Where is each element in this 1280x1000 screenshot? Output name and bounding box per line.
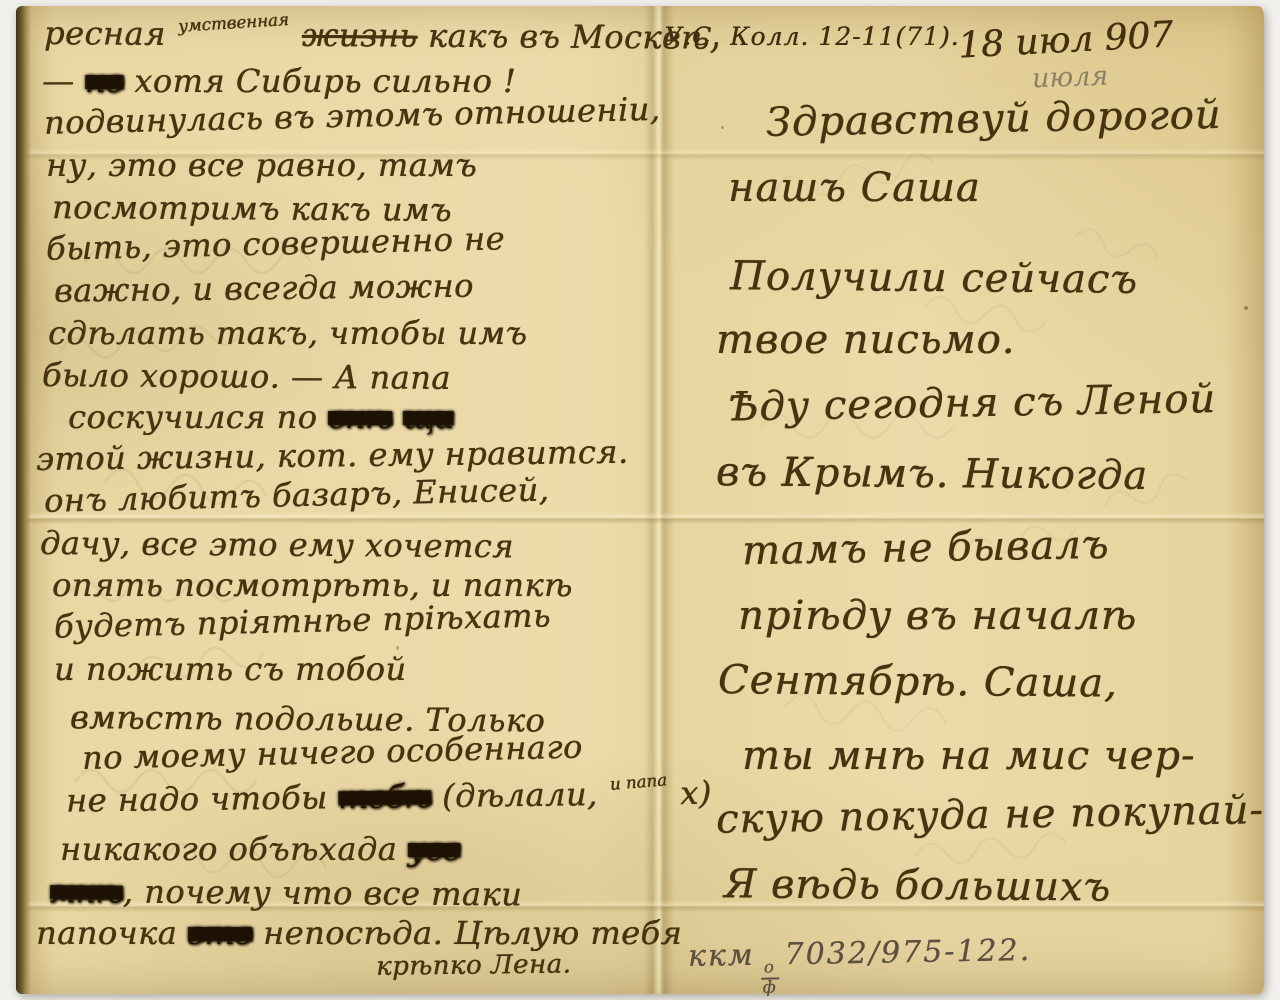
handwriting-line: крѣпко Лена. — [36, 947, 640, 988]
handwriting-line: ну, это все равно, тамъ — [36, 144, 640, 186]
struck-word: мнѣ — [50, 872, 123, 911]
word: нашъ Саша — [728, 165, 981, 211]
word: было хорошо. — А папа — [42, 356, 451, 397]
word: въ Крымъ. Никогда — [716, 449, 1148, 499]
handwriting-line: Получили сейчасъ — [700, 244, 1267, 313]
handwriting-line: не надо чтобы тебѣ (дѣлали, и папа х) — [36, 773, 641, 828]
word: Ѣду сегодня съ Леной — [728, 376, 1217, 431]
word: ресная — [44, 14, 177, 53]
word: тамъ не бывалъ — [742, 522, 1110, 574]
word: не надо чтобы — [66, 778, 339, 819]
archive-digits: 7032/975-122. — [784, 933, 1031, 972]
inserted-word: и папа — [609, 759, 669, 806]
handwriting-line: ресная умственная жизнь какъ въ Москвѣ, — [36, 12, 640, 64]
struck-word: но — [85, 62, 123, 100]
word: скую покуда не покупай- — [716, 787, 1265, 843]
handwriting-line: твое письмо. — [700, 308, 1266, 372]
word: быть, это совершенно не — [46, 219, 506, 267]
archive-number: ккмоф7032/975-122. — [688, 933, 1032, 997]
word: онъ любитъ базаръ, Енисей, — [44, 470, 550, 519]
inserted-word: умственная — [177, 0, 290, 48]
right-page-handwriting: Здравствуй дорогойнашъ СашаПолучили сейч… — [700, 92, 1266, 916]
struck-word: снѣ — [328, 398, 392, 436]
word: какъ въ Москвѣ, — [417, 17, 720, 57]
word: , почему что все таки — [123, 873, 523, 914]
struck-word: жизнь — [302, 16, 418, 55]
handwriting-line: сдѣлать такъ, чтобы имъ — [36, 312, 640, 354]
word — [392, 398, 403, 436]
word: сдѣлать такъ, чтобы имъ — [48, 314, 527, 352]
handwriting-line: нашъ Саша — [700, 156, 1266, 220]
letter-scan-paper: У.С. Колл. 12-11(71). 18 июл 907 июля ре… — [16, 6, 1264, 994]
word: папочка — [36, 914, 188, 952]
handwriting-line: никакого объѣхада усе — [36, 828, 640, 870]
handwriting-line: пріѣду въ началѣ — [700, 584, 1266, 648]
struck-word: усе — [408, 830, 460, 868]
word: и пожить съ тобой — [54, 650, 407, 688]
handwriting-line: Я вѣдь большихъ — [700, 852, 1267, 921]
handwriting-line: ты мнѣ на мис чер- — [700, 724, 1266, 788]
handwriting-line: скую покуда не покупай- — [699, 778, 1266, 852]
word: Сентябрѣ. Саша, — [718, 657, 1118, 706]
word: будетъ пріятнѣе пріѣхать — [54, 596, 552, 645]
word: важно, и всегда можно — [54, 267, 474, 310]
handwriting-line: важно, и всегда можно — [36, 263, 640, 312]
word — [291, 16, 302, 54]
archive-fraction-top: о — [761, 959, 779, 979]
handwriting-line: тамъ не бывалъ — [699, 510, 1266, 584]
word: крѣпко Лена. — [376, 949, 572, 981]
archive-fraction-bottom: ф — [762, 979, 777, 996]
word: твое письмо. — [716, 317, 1015, 363]
word: соскучился по — [68, 398, 328, 436]
struck-word: тебѣ — [338, 777, 432, 816]
handwriting-line: Сентябрѣ. Саша, — [700, 648, 1267, 717]
handwriting-line: и пожить съ тобой — [36, 648, 640, 690]
paper-left-edge — [16, 6, 31, 994]
word: (дѣлали, — [431, 775, 608, 815]
word: дачу, все это ему хочется — [40, 524, 514, 565]
word: Получили сейчасъ — [730, 253, 1138, 303]
word: по моему ничего особеннаго — [82, 728, 584, 777]
word: пріѣду въ началѣ — [738, 593, 1137, 639]
handwriting-line: въ Крымъ. Никогда — [700, 440, 1267, 509]
word: Здравствуй дорогой — [766, 92, 1222, 146]
handwriting-line: было хорошо. — А папа — [36, 354, 640, 400]
handwriting-line: мнѣ, почему что все таки — [36, 870, 640, 916]
word: — — [42, 62, 85, 100]
word: Я вѣдь большихъ — [724, 861, 1111, 910]
handwriting-line: дачу, все это ему хочется — [36, 522, 640, 568]
left-page-handwriting: ресная умственная жизнь какъ въ Москвѣ,—… — [36, 12, 640, 988]
archive-fraction: оф — [761, 959, 780, 995]
struck-word: это — [188, 914, 253, 952]
word: ты мнѣ на мис чер- — [742, 733, 1195, 779]
word: никакого объѣхада — [60, 830, 408, 868]
handwriting-line: Здравствуй дорогой — [699, 82, 1266, 156]
archive-prefix: ккм — [688, 938, 755, 974]
word: ну, это все равно, тамъ — [46, 146, 477, 184]
handwriting-line: Ѣду сегодня съ Леной — [699, 366, 1266, 440]
struck-word: щи — [403, 398, 454, 436]
